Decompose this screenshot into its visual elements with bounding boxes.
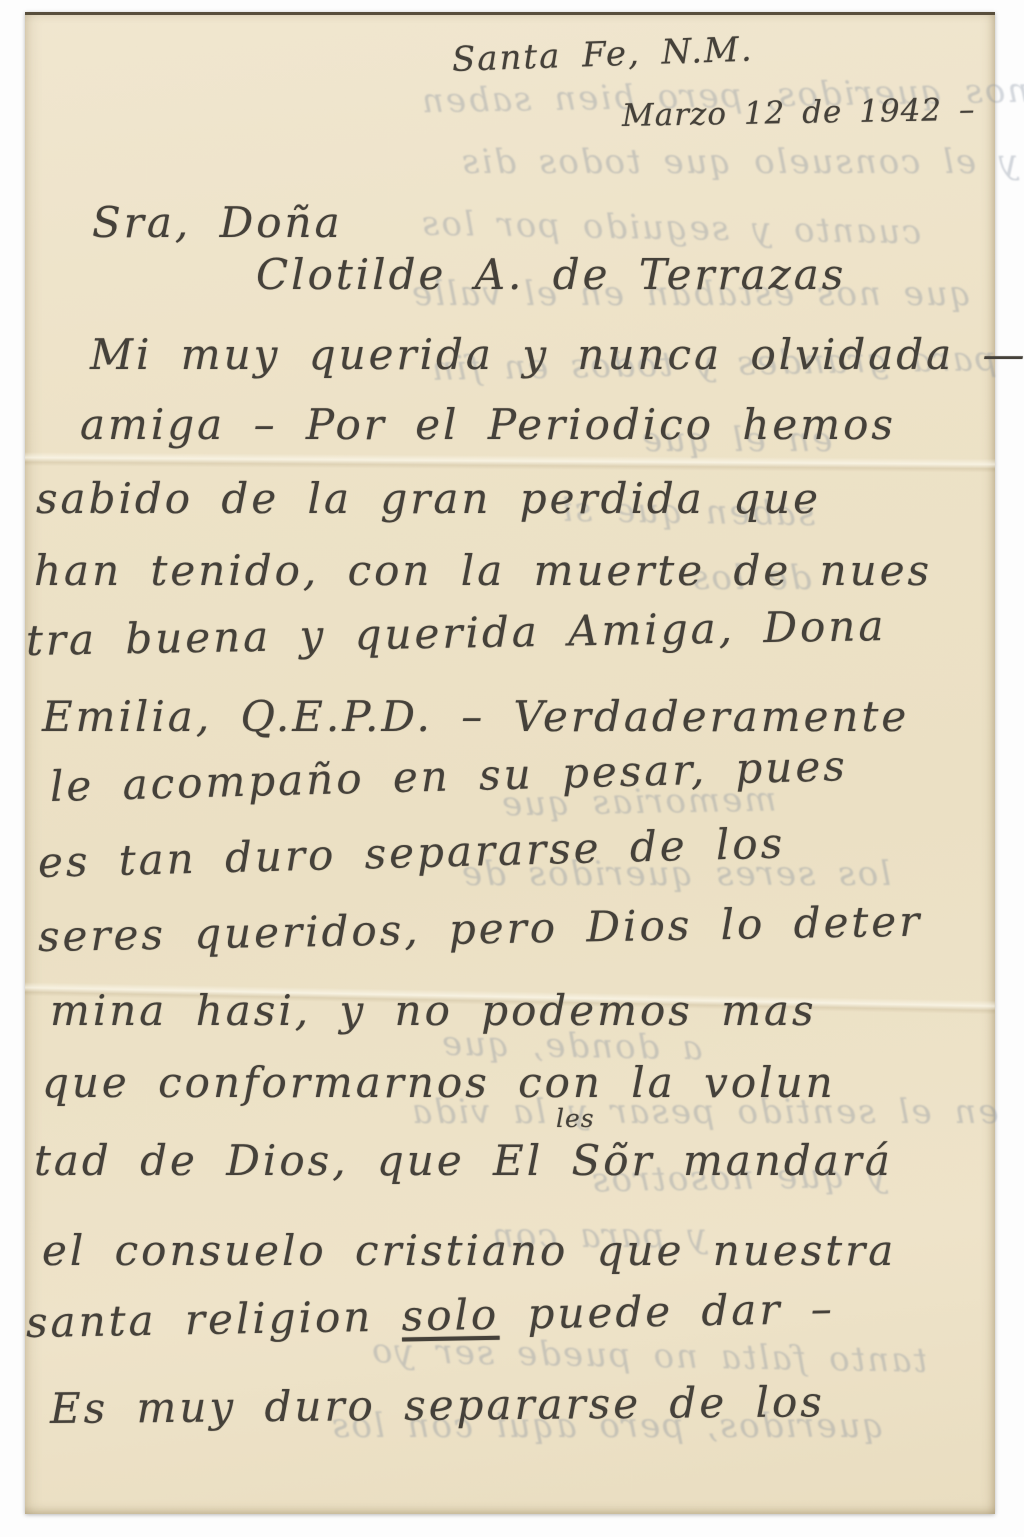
letter-line-segment: puede dar – <box>499 1284 835 1339</box>
letter-line: han tenido, con la muerte de nues <box>34 546 932 595</box>
letter-line-segment: santa religion <box>26 1291 403 1347</box>
recipient-name: Clotilde A. de Terrazas <box>256 250 846 299</box>
letter-line: tad de Dios, que El Sõr mandará <box>34 1136 893 1185</box>
interlinear-insertion: les <box>556 1104 595 1133</box>
dateline-date: Marzo 12 de 1942 – <box>622 92 976 134</box>
salutation: Sra, Doña <box>92 198 343 247</box>
letter-line: Es muy duro separarse de los <box>50 1377 825 1433</box>
letter-line: el consuelo cristiano que nuestra <box>42 1226 896 1275</box>
letter-line: amiga – Por el Periodico hemos <box>80 400 896 449</box>
letter-line: sabido de la gran perdida que <box>36 474 821 523</box>
underlined-word: solo <box>401 1290 499 1341</box>
letter-line: mina hasi, y no podemos mas <box>50 986 817 1035</box>
letter-scan: nos queridos, pero bien saben y el consu… <box>0 0 1024 1537</box>
letter-line: Emilia, Q.E.P.D. – Verdaderamente <box>42 692 909 741</box>
letter-line: Mi muy querida y nunca olvidada — <box>90 330 1024 379</box>
letter-line: que conformarnos con la volun <box>42 1058 836 1107</box>
bleed-through-line: y el consuelo que todos dis <box>460 142 1018 182</box>
